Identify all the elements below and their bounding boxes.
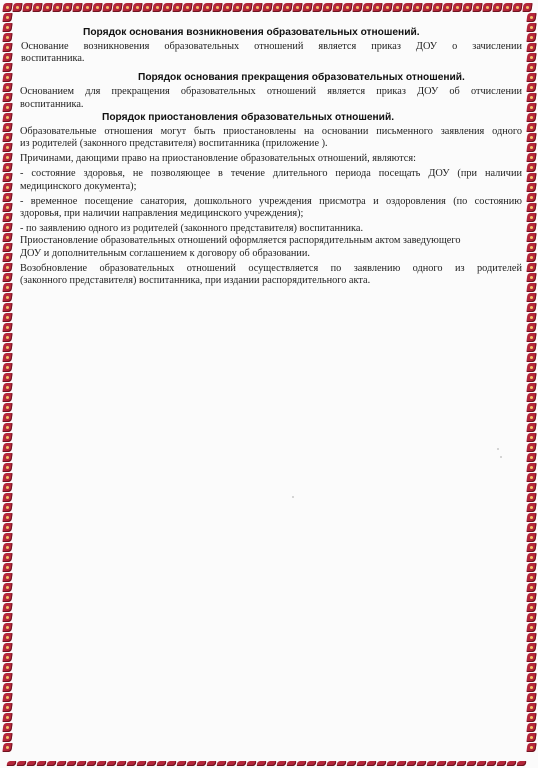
border-flower-icon bbox=[323, 3, 332, 12]
text-line: - по заявлению одного из родителей (зако… bbox=[20, 223, 522, 235]
border-flower-icon bbox=[3, 173, 12, 182]
border-flower-icon bbox=[3, 73, 12, 82]
border-flower-icon bbox=[3, 183, 12, 192]
paragraph-resumption: Возобновление образовательных отношений … bbox=[20, 263, 522, 287]
border-flower-icon bbox=[3, 613, 12, 622]
border-flower-icon bbox=[527, 53, 536, 62]
border-flower-icon bbox=[27, 761, 36, 766]
border-flower-icon bbox=[527, 563, 536, 572]
border-flower-icon bbox=[73, 3, 82, 12]
text-line: (законного представителя) воспитанника, … bbox=[20, 275, 522, 287]
border-flower-icon bbox=[3, 113, 12, 122]
border-flower-icon bbox=[473, 3, 482, 12]
border-flower-icon bbox=[443, 3, 452, 12]
border-flower-icon bbox=[527, 213, 536, 222]
border-flower-icon bbox=[87, 761, 96, 766]
border-flower-icon bbox=[147, 761, 156, 766]
border-flower-icon bbox=[267, 761, 276, 766]
text-line: Основание возникновения образовательных … bbox=[20, 41, 522, 53]
border-flower-icon bbox=[3, 293, 12, 302]
scan-speck bbox=[292, 496, 294, 498]
border-flower-icon bbox=[527, 13, 536, 22]
border-flower-icon bbox=[527, 103, 536, 112]
border-flower-icon bbox=[3, 223, 12, 232]
border-flower-icon bbox=[63, 3, 72, 12]
border-flower-icon bbox=[527, 333, 536, 342]
border-flower-icon bbox=[503, 3, 512, 12]
border-flower-icon bbox=[527, 603, 536, 612]
border-flower-icon bbox=[47, 761, 56, 766]
border-flower-icon bbox=[527, 613, 536, 622]
border-flower-icon bbox=[527, 233, 536, 242]
border-flower-icon bbox=[377, 761, 386, 766]
border-flower-icon bbox=[167, 761, 176, 766]
border-flower-icon bbox=[3, 243, 12, 252]
border-flower-icon bbox=[163, 3, 172, 12]
border-flower-icon bbox=[527, 153, 536, 162]
border-flower-icon bbox=[527, 743, 536, 752]
border-flower-icon bbox=[527, 493, 536, 502]
border-flower-icon bbox=[527, 663, 536, 672]
border-flower-icon bbox=[527, 273, 536, 282]
text-line: воспитанника. bbox=[20, 99, 522, 111]
border-flower-icon bbox=[3, 653, 12, 662]
border-flower-icon bbox=[3, 313, 12, 322]
border-flower-icon bbox=[7, 761, 16, 766]
border-flower-icon bbox=[527, 263, 536, 272]
border-flower-icon bbox=[527, 653, 536, 662]
border-flower-icon bbox=[303, 3, 312, 12]
border-flower-icon bbox=[3, 693, 12, 702]
border-flower-icon bbox=[527, 423, 536, 432]
border-top bbox=[2, 2, 532, 12]
border-flower-icon bbox=[527, 593, 536, 602]
border-flower-icon bbox=[3, 193, 12, 202]
border-flower-icon bbox=[3, 343, 12, 352]
border-flower-icon bbox=[137, 761, 146, 766]
border-flower-icon bbox=[277, 761, 286, 766]
border-flower-icon bbox=[487, 761, 496, 766]
border-flower-icon bbox=[527, 383, 536, 392]
border-flower-icon bbox=[507, 761, 516, 766]
border-flower-icon bbox=[3, 333, 12, 342]
section-heading-suspension: Порядок приостановления образовательных … bbox=[20, 111, 522, 124]
border-flower-icon bbox=[3, 363, 12, 372]
border-flower-icon bbox=[367, 761, 376, 766]
paragraph-termination: Основанием для прекращения образовательн… bbox=[20, 86, 522, 110]
border-flower-icon bbox=[453, 3, 462, 12]
border-flower-icon bbox=[33, 3, 42, 12]
border-flower-icon bbox=[383, 3, 392, 12]
border-flower-icon bbox=[423, 3, 432, 12]
border-flower-icon bbox=[143, 3, 152, 12]
border-flower-icon bbox=[207, 761, 216, 766]
border-flower-icon bbox=[3, 723, 12, 732]
border-flower-icon bbox=[203, 3, 212, 12]
border-flower-icon bbox=[127, 761, 136, 766]
border-flower-icon bbox=[307, 761, 316, 766]
border-flower-icon bbox=[527, 583, 536, 592]
list-item-sanatorium: - временное посещение санатория, дошколь… bbox=[20, 196, 522, 220]
border-flower-icon bbox=[527, 283, 536, 292]
border-flower-icon bbox=[3, 383, 12, 392]
border-flower-icon bbox=[527, 303, 536, 312]
border-flower-icon bbox=[3, 43, 12, 52]
border-flower-icon bbox=[183, 3, 192, 12]
list-item-parent-request: - по заявлению одного из родителей (зако… bbox=[20, 223, 522, 235]
border-flower-icon bbox=[333, 3, 342, 12]
border-flower-icon bbox=[37, 761, 46, 766]
border-flower-icon bbox=[497, 761, 506, 766]
border-flower-icon bbox=[363, 3, 372, 12]
border-flower-icon bbox=[527, 33, 536, 42]
text-line: Возобновление образовательных отношений … bbox=[20, 263, 522, 275]
border-flower-icon bbox=[427, 761, 436, 766]
border-flower-icon bbox=[187, 761, 196, 766]
border-flower-icon bbox=[527, 483, 536, 492]
border-flower-icon bbox=[227, 761, 236, 766]
border-flower-icon bbox=[3, 633, 12, 642]
border-flower-icon bbox=[3, 33, 12, 42]
border-flower-icon bbox=[417, 761, 426, 766]
border-flower-icon bbox=[463, 3, 472, 12]
border-flower-icon bbox=[527, 683, 536, 692]
text-line: здоровья, при наличии направления медици… bbox=[20, 208, 522, 220]
border-flower-icon bbox=[527, 703, 536, 712]
border-flower-icon bbox=[527, 433, 536, 442]
border-flower-icon bbox=[527, 413, 536, 422]
section-heading-termination: Порядок основания прекращения образовате… bbox=[20, 71, 522, 84]
border-flower-icon bbox=[517, 761, 526, 766]
border-flower-icon bbox=[3, 303, 12, 312]
border-flower-icon bbox=[347, 761, 356, 766]
border-flower-icon bbox=[527, 253, 536, 262]
border-flower-icon bbox=[3, 523, 12, 532]
text-line: из родителей (законного представителя) в… bbox=[20, 138, 522, 150]
document-body: Порядок основания возникновения образова… bbox=[20, 26, 522, 287]
text-line: ДОУ и дополнительным соглашением к догов… bbox=[20, 248, 522, 260]
border-flower-icon bbox=[3, 433, 12, 442]
border-flower-icon bbox=[527, 513, 536, 522]
border-right bbox=[526, 12, 536, 752]
text-line: Причинами, дающими право на приостановле… bbox=[20, 153, 522, 165]
border-flower-icon bbox=[257, 761, 266, 766]
border-flower-icon bbox=[527, 713, 536, 722]
text-line: Образовательные отношения могут быть при… bbox=[20, 126, 522, 138]
border-flower-icon bbox=[327, 761, 336, 766]
border-flower-icon bbox=[527, 123, 536, 132]
border-flower-icon bbox=[527, 373, 536, 382]
text-line: воспитанника. bbox=[20, 53, 522, 65]
border-flower-icon bbox=[213, 3, 222, 12]
border-flower-icon bbox=[437, 761, 446, 766]
border-flower-icon bbox=[3, 233, 12, 242]
border-flower-icon bbox=[217, 761, 226, 766]
border-flower-icon bbox=[3, 583, 12, 592]
border-flower-icon bbox=[527, 733, 536, 742]
border-flower-icon bbox=[3, 663, 12, 672]
border-flower-icon bbox=[57, 761, 66, 766]
border-flower-icon bbox=[3, 683, 12, 692]
border-flower-icon bbox=[3, 103, 12, 112]
border-flower-icon bbox=[3, 443, 12, 452]
border-flower-icon bbox=[527, 523, 536, 532]
border-flower-icon bbox=[527, 343, 536, 352]
border-flower-icon bbox=[527, 453, 536, 462]
border-flower-icon bbox=[3, 703, 12, 712]
border-flower-icon bbox=[3, 673, 12, 682]
border-flower-icon bbox=[3, 123, 12, 132]
text-line: медицинского документа); bbox=[20, 181, 522, 193]
paragraph-suspension-basis: Образовательные отношения могут быть при… bbox=[20, 126, 522, 150]
border-flower-icon bbox=[287, 761, 296, 766]
border-flower-icon bbox=[3, 713, 12, 722]
border-flower-icon bbox=[223, 3, 232, 12]
border-flower-icon bbox=[133, 3, 142, 12]
border-flower-icon bbox=[93, 3, 102, 12]
border-flower-icon bbox=[297, 761, 306, 766]
paragraph-reasons-intro: Причинами, дающими право на приостановле… bbox=[20, 153, 522, 165]
border-flower-icon bbox=[43, 3, 52, 12]
border-flower-icon bbox=[3, 493, 12, 502]
border-flower-icon bbox=[527, 623, 536, 632]
border-flower-icon bbox=[3, 403, 12, 412]
border-flower-icon bbox=[3, 273, 12, 282]
border-flower-icon bbox=[3, 483, 12, 492]
border-flower-icon bbox=[527, 133, 536, 142]
border-flower-icon bbox=[3, 323, 12, 332]
scan-speck bbox=[497, 448, 499, 450]
border-flower-icon bbox=[3, 553, 12, 562]
paragraph-start: Основание возникновения образовательных … bbox=[20, 41, 522, 65]
border-flower-icon bbox=[3, 63, 12, 72]
border-flower-icon bbox=[293, 3, 302, 12]
border-flower-icon bbox=[527, 163, 536, 172]
border-flower-icon bbox=[527, 443, 536, 452]
border-flower-icon bbox=[527, 83, 536, 92]
border-flower-icon bbox=[3, 133, 12, 142]
border-flower-icon bbox=[3, 373, 12, 382]
border-flower-icon bbox=[67, 761, 76, 766]
border-flower-icon bbox=[527, 23, 536, 32]
border-flower-icon bbox=[3, 453, 12, 462]
border-flower-icon bbox=[3, 143, 12, 152]
border-flower-icon bbox=[413, 3, 422, 12]
border-flower-icon bbox=[173, 3, 182, 12]
border-flower-icon bbox=[527, 693, 536, 702]
border-flower-icon bbox=[337, 761, 346, 766]
border-flower-icon bbox=[3, 593, 12, 602]
border-flower-icon bbox=[317, 761, 326, 766]
border-flower-icon bbox=[527, 673, 536, 682]
border-flower-icon bbox=[527, 533, 536, 542]
border-flower-icon bbox=[53, 3, 62, 12]
border-flower-icon bbox=[387, 761, 396, 766]
border-flower-icon bbox=[527, 293, 536, 302]
border-flower-icon bbox=[483, 3, 492, 12]
border-flower-icon bbox=[527, 143, 536, 152]
border-flower-icon bbox=[3, 573, 12, 582]
border-flower-icon bbox=[3, 743, 12, 752]
border-flower-icon bbox=[23, 3, 32, 12]
border-flower-icon bbox=[97, 761, 106, 766]
border-flower-icon bbox=[527, 353, 536, 362]
border-flower-icon bbox=[3, 563, 12, 572]
border-flower-icon bbox=[527, 363, 536, 372]
border-flower-icon bbox=[3, 263, 12, 272]
border-flower-icon bbox=[3, 3, 12, 12]
list-item-health: - состояние здоровья, не позволяющее в т… bbox=[20, 168, 522, 192]
border-flower-icon bbox=[477, 761, 486, 766]
border-flower-icon bbox=[3, 533, 12, 542]
text-line: - состояние здоровья, не позволяющее в т… bbox=[20, 168, 522, 180]
scan-speck bbox=[500, 456, 502, 458]
border-flower-icon bbox=[397, 761, 406, 766]
border-flower-icon bbox=[373, 3, 382, 12]
border-flower-icon bbox=[113, 3, 122, 12]
border-flower-icon bbox=[527, 543, 536, 552]
border-flower-icon bbox=[527, 223, 536, 232]
border-flower-icon bbox=[3, 353, 12, 362]
border-flower-icon bbox=[513, 3, 522, 12]
border-flower-icon bbox=[527, 463, 536, 472]
border-flower-icon bbox=[243, 3, 252, 12]
border-flower-icon bbox=[447, 761, 456, 766]
border-flower-icon bbox=[3, 393, 12, 402]
border-flower-icon bbox=[527, 173, 536, 182]
border-flower-icon bbox=[357, 761, 366, 766]
border-flower-icon bbox=[527, 643, 536, 652]
border-flower-icon bbox=[527, 573, 536, 582]
border-flower-icon bbox=[273, 3, 282, 12]
border-flower-icon bbox=[233, 3, 242, 12]
section-heading-start: Порядок основания возникновения образова… bbox=[20, 26, 522, 39]
text-line: - временное посещение санатория, дошколь… bbox=[20, 196, 522, 208]
border-flower-icon bbox=[3, 513, 12, 522]
border-flower-icon bbox=[343, 3, 352, 12]
border-flower-icon bbox=[3, 253, 12, 262]
border-flower-icon bbox=[3, 283, 12, 292]
border-flower-icon bbox=[123, 3, 132, 12]
border-flower-icon bbox=[3, 643, 12, 652]
border-flower-icon bbox=[107, 761, 116, 766]
border-flower-icon bbox=[263, 3, 272, 12]
border-flower-icon bbox=[527, 203, 536, 212]
border-bottom bbox=[6, 758, 526, 767]
border-flower-icon bbox=[527, 553, 536, 562]
border-flower-icon bbox=[157, 761, 166, 766]
border-flower-icon bbox=[527, 503, 536, 512]
border-flower-icon bbox=[3, 733, 12, 742]
border-flower-icon bbox=[433, 3, 442, 12]
border-flower-icon bbox=[527, 723, 536, 732]
border-flower-icon bbox=[3, 503, 12, 512]
border-flower-icon bbox=[527, 193, 536, 202]
border-flower-icon bbox=[527, 473, 536, 482]
border-flower-icon bbox=[527, 113, 536, 122]
border-flower-icon bbox=[3, 203, 12, 212]
border-flower-icon bbox=[3, 543, 12, 552]
border-flower-icon bbox=[117, 761, 126, 766]
border-flower-icon bbox=[153, 3, 162, 12]
border-flower-icon bbox=[3, 23, 12, 32]
border-flower-icon bbox=[3, 463, 12, 472]
border-flower-icon bbox=[253, 3, 262, 12]
border-flower-icon bbox=[3, 163, 12, 172]
border-flower-icon bbox=[3, 413, 12, 422]
border-flower-icon bbox=[407, 761, 416, 766]
border-left bbox=[2, 12, 12, 752]
border-flower-icon bbox=[3, 473, 12, 482]
border-flower-icon bbox=[3, 53, 12, 62]
border-flower-icon bbox=[527, 93, 536, 102]
border-flower-icon bbox=[313, 3, 322, 12]
border-flower-icon bbox=[527, 393, 536, 402]
text-line: Приостановление образовательных отношени… bbox=[20, 235, 522, 247]
border-flower-icon bbox=[177, 761, 186, 766]
border-flower-icon bbox=[527, 243, 536, 252]
border-flower-icon bbox=[3, 603, 12, 612]
border-flower-icon bbox=[3, 213, 12, 222]
border-flower-icon bbox=[77, 761, 86, 766]
border-flower-icon bbox=[17, 761, 26, 766]
border-flower-icon bbox=[467, 761, 476, 766]
border-flower-icon bbox=[247, 761, 256, 766]
border-flower-icon bbox=[193, 3, 202, 12]
border-flower-icon bbox=[457, 761, 466, 766]
border-flower-icon bbox=[527, 183, 536, 192]
border-flower-icon bbox=[527, 403, 536, 412]
border-flower-icon bbox=[197, 761, 206, 766]
border-flower-icon bbox=[103, 3, 112, 12]
border-flower-icon bbox=[393, 3, 402, 12]
border-flower-icon bbox=[13, 3, 22, 12]
border-flower-icon bbox=[353, 3, 362, 12]
border-flower-icon bbox=[237, 761, 246, 766]
border-flower-icon bbox=[3, 623, 12, 632]
border-flower-icon bbox=[3, 13, 12, 22]
border-flower-icon bbox=[83, 3, 92, 12]
border-flower-icon bbox=[527, 633, 536, 642]
text-line: Основанием для прекращения образовательн… bbox=[20, 86, 522, 98]
border-flower-icon bbox=[3, 93, 12, 102]
border-flower-icon bbox=[527, 43, 536, 52]
border-flower-icon bbox=[283, 3, 292, 12]
border-flower-icon bbox=[403, 3, 412, 12]
border-flower-icon bbox=[527, 323, 536, 332]
border-flower-icon bbox=[527, 73, 536, 82]
border-flower-icon bbox=[493, 3, 502, 12]
border-flower-icon bbox=[3, 153, 12, 162]
border-flower-icon bbox=[527, 63, 536, 72]
border-flower-icon bbox=[3, 423, 12, 432]
border-flower-icon bbox=[527, 313, 536, 322]
border-flower-icon bbox=[523, 3, 532, 12]
border-flower-icon bbox=[3, 83, 12, 92]
paragraph-suspension-act: Приостановление образовательных отношени… bbox=[20, 235, 522, 259]
